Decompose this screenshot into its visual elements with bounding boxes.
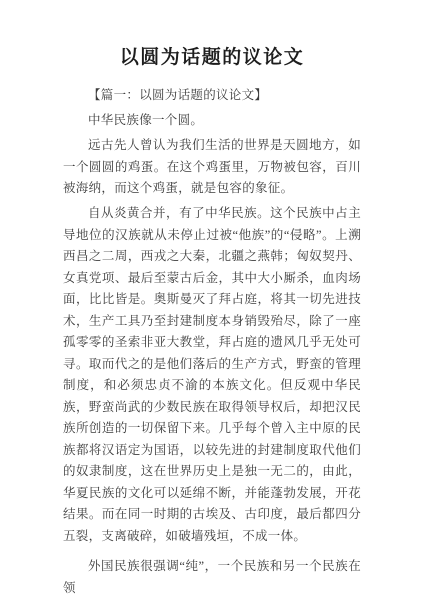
essay-title: 以圆为话题的议论文 bbox=[63, 44, 361, 70]
paragraph: 自从炎黄合并，有了中华民族。这个民族中占主导地位的汉族就从未停止过被“他族”的“… bbox=[63, 203, 361, 547]
document-page: 以圆为话题的议论文 【篇一：以圆为话题的议论文】中华民族像一个圆。远古先人曾认为… bbox=[0, 0, 424, 600]
paragraph: 【篇一：以圆为话题的议论文】 bbox=[63, 85, 361, 107]
paragraph: 中华民族像一个圆。 bbox=[63, 110, 361, 132]
essay-body: 【篇一：以圆为话题的议论文】中华民族像一个圆。远古先人曾认为我们生活的世界是天圆… bbox=[63, 85, 361, 599]
paragraph: 外国民族很强调“纯”，一个民族和另一个民族在领 bbox=[63, 556, 361, 599]
paragraph: 远古先人曾认为我们生活的世界是天圆地方，如一个圆圆的鸡蛋。在这个鸡蛋里，万物被包… bbox=[63, 135, 361, 200]
